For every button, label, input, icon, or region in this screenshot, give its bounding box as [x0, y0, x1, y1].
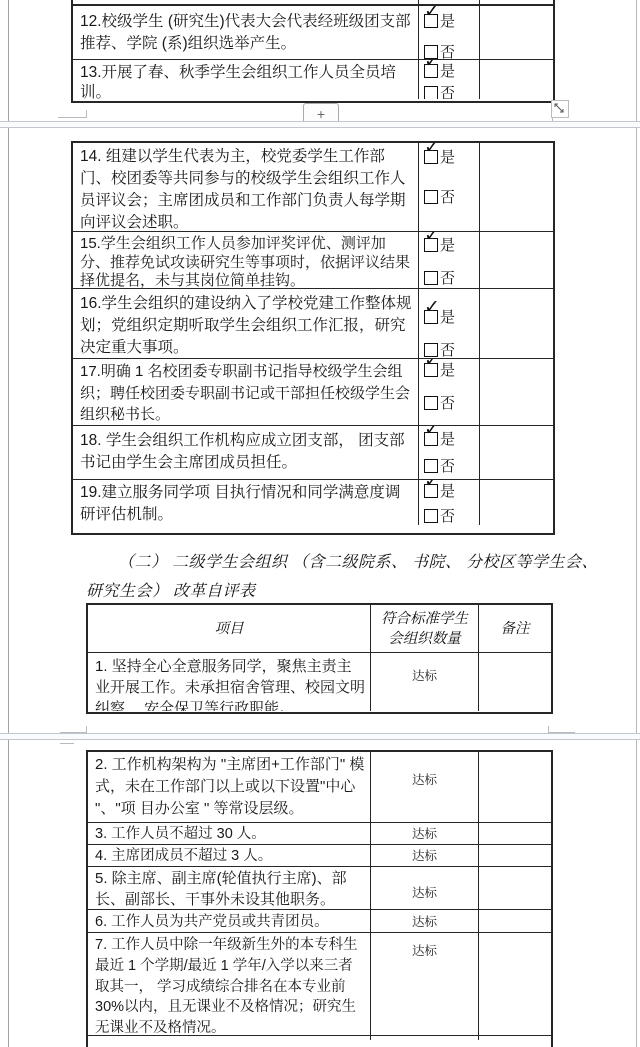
status-cell: 达标 — [370, 933, 478, 1035]
status-cell: 达标 — [370, 910, 478, 932]
table-row: 2. 工作机构架构为 "主席团+工作部门" 模式，未在工作部门以上或以下设置"中… — [88, 752, 551, 822]
check-icon: ✓ — [424, 6, 440, 21]
header-count: 符合标准学生会组织数量 — [370, 605, 478, 652]
item-text: 15.学生会组织工作人员参加评奖评优、测评加分、推荐免试攻读研究生等事项时，依据… — [73, 232, 418, 288]
remark-cell — [478, 823, 551, 844]
remark-cell — [478, 845, 551, 866]
checkbox-no[interactable] — [424, 190, 438, 204]
check-icon: ✓ — [424, 359, 440, 370]
no-label: 否 — [440, 41, 455, 59]
self-eval-table-1-page1: 12.校级学生 (研究生)代表大会代表经班级团支部推荐、学院 (系)组织选举产生… — [71, 0, 555, 103]
check-icon: ✓ — [424, 60, 440, 71]
self-eval-table-1-page2: 14. 组建以学生代表为主，校党委学生工作部门、校团委等共同参与的校级学生会组织… — [71, 141, 555, 535]
table-row: 18. 学生会组织工作机构应成立团支部， 团支部书记由学生会主席团成员担任。 ✓… — [73, 425, 553, 479]
no-label: 否 — [440, 267, 455, 288]
yes-no-cell: ✓ 是 否 — [418, 480, 479, 525]
checkbox-no[interactable] — [424, 86, 438, 100]
checkbox-yes-checked[interactable]: ✓ — [424, 14, 438, 28]
margin-mark — [58, 110, 87, 118]
checkbox-no[interactable] — [424, 396, 438, 410]
item-text: 17.明确 1 名校团委专职副书记指导校级学生会组织；聘任校团委专职副书记或干部… — [73, 359, 418, 425]
table-row: 12.校级学生 (研究生)代表大会代表经班级团支部推荐、学院 (系)组织选举产生… — [73, 4, 553, 59]
yes-no-cell: ✓ 是 否 — [418, 426, 479, 479]
table-row: 17.明确 1 名校团委专职副书记指导校级学生会组织；聘任校团委专职副书记或干部… — [73, 358, 553, 425]
table-row: 19.建立服务同学项 目执行情况和同学满意度调研评估机制。 ✓ 是 否 — [73, 479, 553, 525]
header-remark: 备注 — [478, 605, 551, 652]
margin-mark — [60, 726, 87, 733]
status-cell: 达标 — [370, 653, 478, 711]
no-label: 否 — [440, 82, 455, 99]
check-icon: ✓ — [424, 143, 440, 157]
remark-cell — [478, 752, 551, 822]
resize-diagonal-icon — [552, 101, 566, 115]
item-text: 13.开展了春、秋季学生会组织工作人员全员培训。 — [73, 60, 418, 99]
yes-label: 是 — [440, 60, 455, 81]
item-text: 7. 工作人员中除一年级新生外的本专科生最近 1 个学期/最近 1 学年/入学以… — [88, 933, 370, 1035]
yes-no-cell: ✓ 是 否 — [418, 232, 479, 288]
check-icon: ✓ — [424, 426, 440, 439]
checkbox-no[interactable] — [424, 509, 438, 523]
table-row: 7. 工作人员中除一年级新生外的本专科生最近 1 个学期/最近 1 学年/入学以… — [88, 932, 551, 1035]
item-text: 5. 除主席、副主席(轮值执行主席)、部长、副部长、干事外未设其他职务。 — [88, 867, 370, 909]
yes-label: 是 — [440, 146, 455, 167]
checkbox-yes-checked[interactable]: ✓ — [424, 150, 438, 164]
checkbox-no[interactable] — [424, 459, 438, 473]
table-row: 4. 主席团成员不超过 3 人。 达标 — [88, 844, 551, 866]
table-row: 5. 除主席、副主席(轮值执行主席)、部长、副部长、干事外未设其他职务。 达标 — [88, 866, 551, 909]
yes-no-cell: ✓ 是 否 — [418, 60, 479, 99]
header-item: 项目 — [88, 605, 370, 652]
table-row: 13.开展了春、秋季学生会组织工作人员全员培训。 ✓ 是 否 — [73, 59, 553, 99]
remark-cell — [479, 426, 553, 479]
self-eval-table-2-page3: 2. 工作机构架构为 "主席团+工作部门" 模式，未在工作部门以上或以下设置"中… — [86, 750, 553, 1047]
item-text: 16.学生会组织的建设纳入了学校党建工作整体规划；党组织定期听取学生会组织工作汇… — [73, 289, 418, 358]
table-row: 6. 工作人员为共产党员或共青团员。 达标 — [88, 909, 551, 932]
remark-cell — [479, 289, 553, 358]
table-row: 3. 工作人员不超过 30 人。 达标 — [88, 822, 551, 844]
item-text: 6. 工作人员为共产党员或共青团员。 — [88, 910, 370, 932]
no-label: 否 — [440, 455, 455, 476]
remark-cell — [478, 653, 551, 711]
remark-cell — [479, 6, 553, 59]
item-text: 14. 组建以学生代表为主，校党委学生工作部门、校团委等共同参与的校级学生会组织… — [73, 143, 418, 231]
remark-cell — [478, 867, 551, 909]
table-row: 15.学生会组织工作人员参加评奖评优、测评加分、推荐免试攻读研究生等事项时，依据… — [73, 231, 553, 288]
status-cell: 达标 — [370, 752, 478, 822]
table-row: 16.学生会组织的建设纳入了学校党建工作整体规划；党组织定期听取学生会组织工作汇… — [73, 288, 553, 358]
yes-label: 是 — [440, 480, 455, 501]
section-heading-line1: （二） 二级学生会组织 （含二级院系、 书院、 分校区等学生会、 — [118, 549, 598, 572]
page-edge-right — [636, 0, 637, 1047]
no-label: 否 — [440, 392, 455, 413]
section-heading-line2: 研究生会） 改革自评表 — [86, 578, 256, 601]
yes-label: 是 — [440, 10, 455, 31]
check-icon: ✓ — [424, 480, 440, 491]
page-edge-left — [8, 0, 9, 1047]
checkbox-yes-checked[interactable]: ✓ — [424, 363, 438, 377]
document-view: 12.校级学生 (研究生)代表大会代表经班级团支部推荐、学院 (系)组织选举产生… — [0, 0, 640, 1047]
no-label: 否 — [440, 339, 455, 358]
item-text: 4. 主席团成员不超过 3 人。 — [88, 845, 370, 866]
margin-mark — [548, 726, 575, 733]
status-cell: 达标 — [370, 867, 478, 909]
remark-cell — [479, 480, 553, 525]
remark-cell — [478, 933, 551, 1035]
yes-label: 是 — [440, 428, 455, 449]
checkbox-no[interactable] — [424, 271, 438, 285]
no-label: 否 — [440, 186, 455, 207]
no-label: 否 — [440, 505, 455, 525]
table-resize-handle[interactable] — [551, 100, 569, 118]
checkbox-yes-checked[interactable]: ✓ — [424, 310, 438, 324]
remark-cell — [479, 60, 553, 99]
yes-no-cell: ✓ 是 否 — [418, 289, 479, 358]
item-text: 2. 工作机构架构为 "主席团+工作部门" 模式，未在工作部门以上或以下设置"中… — [88, 752, 370, 822]
table-row: 1. 坚持全心全意服务同学，聚焦主责主业开展工作。未承担宿舍管理、校园文明纠察、… — [88, 652, 551, 711]
page-separator — [0, 121, 640, 128]
checkbox-yes-checked[interactable]: ✓ — [424, 484, 438, 498]
table-header-row: 项目 符合标准学生会组织数量 备注 — [88, 605, 551, 652]
remark-cell — [479, 143, 553, 231]
table-row-partial — [88, 1035, 551, 1040]
checkbox-yes-checked[interactable]: ✓ — [424, 432, 438, 446]
margin-mark — [60, 740, 74, 744]
remark-cell — [478, 910, 551, 932]
item-text: 12.校级学生 (研究生)代表大会代表经班级团支部推荐、学院 (系)组织选举产生… — [73, 6, 418, 59]
checkbox-yes-checked[interactable]: ✓ — [424, 238, 438, 252]
yes-label: 是 — [440, 306, 455, 327]
checkbox-no[interactable] — [424, 343, 438, 357]
status-cell: 达标 — [370, 823, 478, 844]
checkbox-no[interactable] — [424, 45, 438, 59]
item-text: 3. 工作人员不超过 30 人。 — [88, 823, 370, 844]
item-text: 19.建立服务同学项 目执行情况和同学满意度调研评估机制。 — [73, 480, 418, 525]
self-eval-table-2-page2: 项目 符合标准学生会组织数量 备注 1. 坚持全心全意服务同学，聚焦主责主业开展… — [86, 603, 553, 714]
table-row-partial — [73, 0, 553, 4]
yes-label: 是 — [440, 234, 455, 255]
status-cell: 达标 — [370, 845, 478, 866]
yes-no-cell: ✓ 是 否 — [418, 6, 479, 59]
table-row: 14. 组建以学生代表为主，校党委学生工作部门、校团委等共同参与的校级学生会组织… — [73, 143, 553, 231]
page-separator — [0, 733, 640, 740]
yes-no-cell: ✓ 是 否 — [418, 143, 479, 231]
item-text: 1. 坚持全心全意服务同学，聚焦主责主业开展工作。未承担宿舍管理、校园文明纠察、… — [88, 653, 370, 711]
yes-no-cell: ✓ 是 否 — [418, 359, 479, 425]
item-text: 18. 学生会组织工作机构应成立团支部， 团支部书记由学生会主席团成员担任。 — [73, 426, 418, 479]
check-icon: ✓ — [424, 232, 440, 245]
check-icon: ✓ — [424, 298, 440, 317]
remark-cell — [479, 359, 553, 425]
remark-cell — [479, 232, 553, 288]
yes-label: 是 — [440, 359, 455, 380]
checkbox-yes-checked[interactable]: ✓ — [424, 64, 438, 78]
